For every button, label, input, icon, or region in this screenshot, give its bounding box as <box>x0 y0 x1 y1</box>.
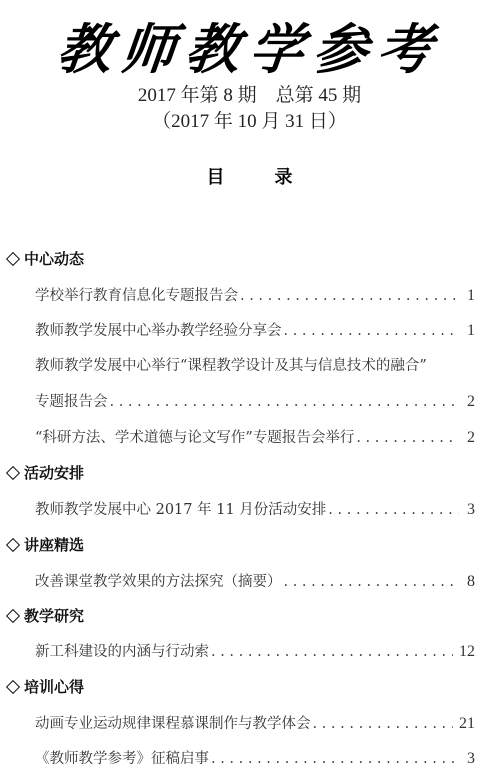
entry-page: 3 <box>465 749 475 768</box>
leader-dots <box>211 749 459 768</box>
entry-title: 《教师教学参考》征稿启事 <box>35 749 209 768</box>
entry-title: 教师教学发展中心举办教学经验分享会 <box>35 321 282 341</box>
publication-masthead: 教师教学参考 <box>0 14 499 84</box>
section-heading-label: 活动安排 <box>24 463 84 483</box>
entry-page: 21 <box>459 714 475 734</box>
leader-dots <box>328 500 459 520</box>
toc-entry[interactable]: 教师教学发展中心举行“课程教学设计及其与信息技术的融合” <box>35 356 475 376</box>
entry-title: 教师教学发展中心 2017 年 11 月份活动安排 <box>35 500 326 520</box>
leader-dots <box>240 286 459 306</box>
leader-dots <box>356 428 459 448</box>
section-heading-label: 讲座精选 <box>24 535 84 555</box>
section-heading: 中心动态 <box>5 249 84 269</box>
toc-entry[interactable]: 教师教学发展中心 2017 年 11 月份活动安排 3 <box>35 500 475 520</box>
entry-page: 1 <box>465 321 475 341</box>
section-heading: 教学研究 <box>5 606 84 626</box>
leader-dots <box>110 392 460 412</box>
entry-page: 3 <box>465 500 475 520</box>
entry-page: 1 <box>465 286 475 306</box>
section-heading: 活动安排 <box>5 463 84 483</box>
section-heading: 讲座精选 <box>5 535 84 555</box>
diamond-bullet-icon <box>6 609 20 623</box>
leader-dots <box>313 714 454 734</box>
entry-title: 新工科建设的内涵与行动索 <box>35 642 209 662</box>
entry-title: 改善课堂教学效果的方法探究（摘要） <box>35 572 282 592</box>
entry-title: “科研方法、学术道德与论文写作”专题报告会举行 <box>35 428 354 448</box>
issue-date: （2017 年 10 月 31 日） <box>0 110 499 134</box>
toc-entry[interactable]: “科研方法、学术道德与论文写作”专题报告会举行 2 <box>35 428 475 448</box>
section-heading: 培训心得 <box>5 677 84 697</box>
entry-page: 2 <box>465 428 475 448</box>
entry-title: 动画专业运动规律课程慕课制作与教学体会 <box>35 714 311 734</box>
entry-title: 学校举行教育信息化专题报告会 <box>35 286 238 306</box>
toc-entry[interactable]: 教师教学发展中心举办教学经验分享会 1 <box>35 321 475 341</box>
leader-dots <box>284 321 460 341</box>
section-heading-label: 教学研究 <box>24 606 84 626</box>
diamond-bullet-icon <box>6 252 20 266</box>
toc-entry[interactable]: 动画专业运动规律课程慕课制作与教学体会 21 <box>35 714 475 734</box>
entry-page: 2 <box>465 392 475 412</box>
entry-title: 教师教学发展中心举行“课程教学设计及其与信息技术的融合” <box>35 356 427 376</box>
diamond-bullet-icon <box>6 680 20 694</box>
leader-dots <box>284 572 460 592</box>
section-heading-label: 培训心得 <box>24 677 84 697</box>
toc-entry[interactable]: 改善课堂教学效果的方法探究（摘要） 8 <box>35 572 475 592</box>
toc-entry[interactable]: 新工科建设的内涵与行动索 12 <box>35 642 475 662</box>
toc-title: 目 录 <box>0 163 499 189</box>
entry-page: 12 <box>459 642 475 662</box>
entry-title: 专题报告会 <box>35 392 108 412</box>
toc-entry-continuation[interactable]: 专题报告会 2 <box>35 392 475 412</box>
toc-entry[interactable]: 《教师教学参考》征稿启事 3 <box>35 749 475 768</box>
section-heading-label: 中心动态 <box>24 249 84 269</box>
toc-entry[interactable]: 学校举行教育信息化专题报告会 1 <box>35 286 475 306</box>
issue-number: 2017 年第 8 期 总第 45 期 <box>0 84 499 108</box>
diamond-bullet-icon <box>6 466 20 480</box>
diamond-bullet-icon <box>6 538 20 552</box>
entry-page: 8 <box>465 572 475 592</box>
leader-dots <box>211 642 453 662</box>
